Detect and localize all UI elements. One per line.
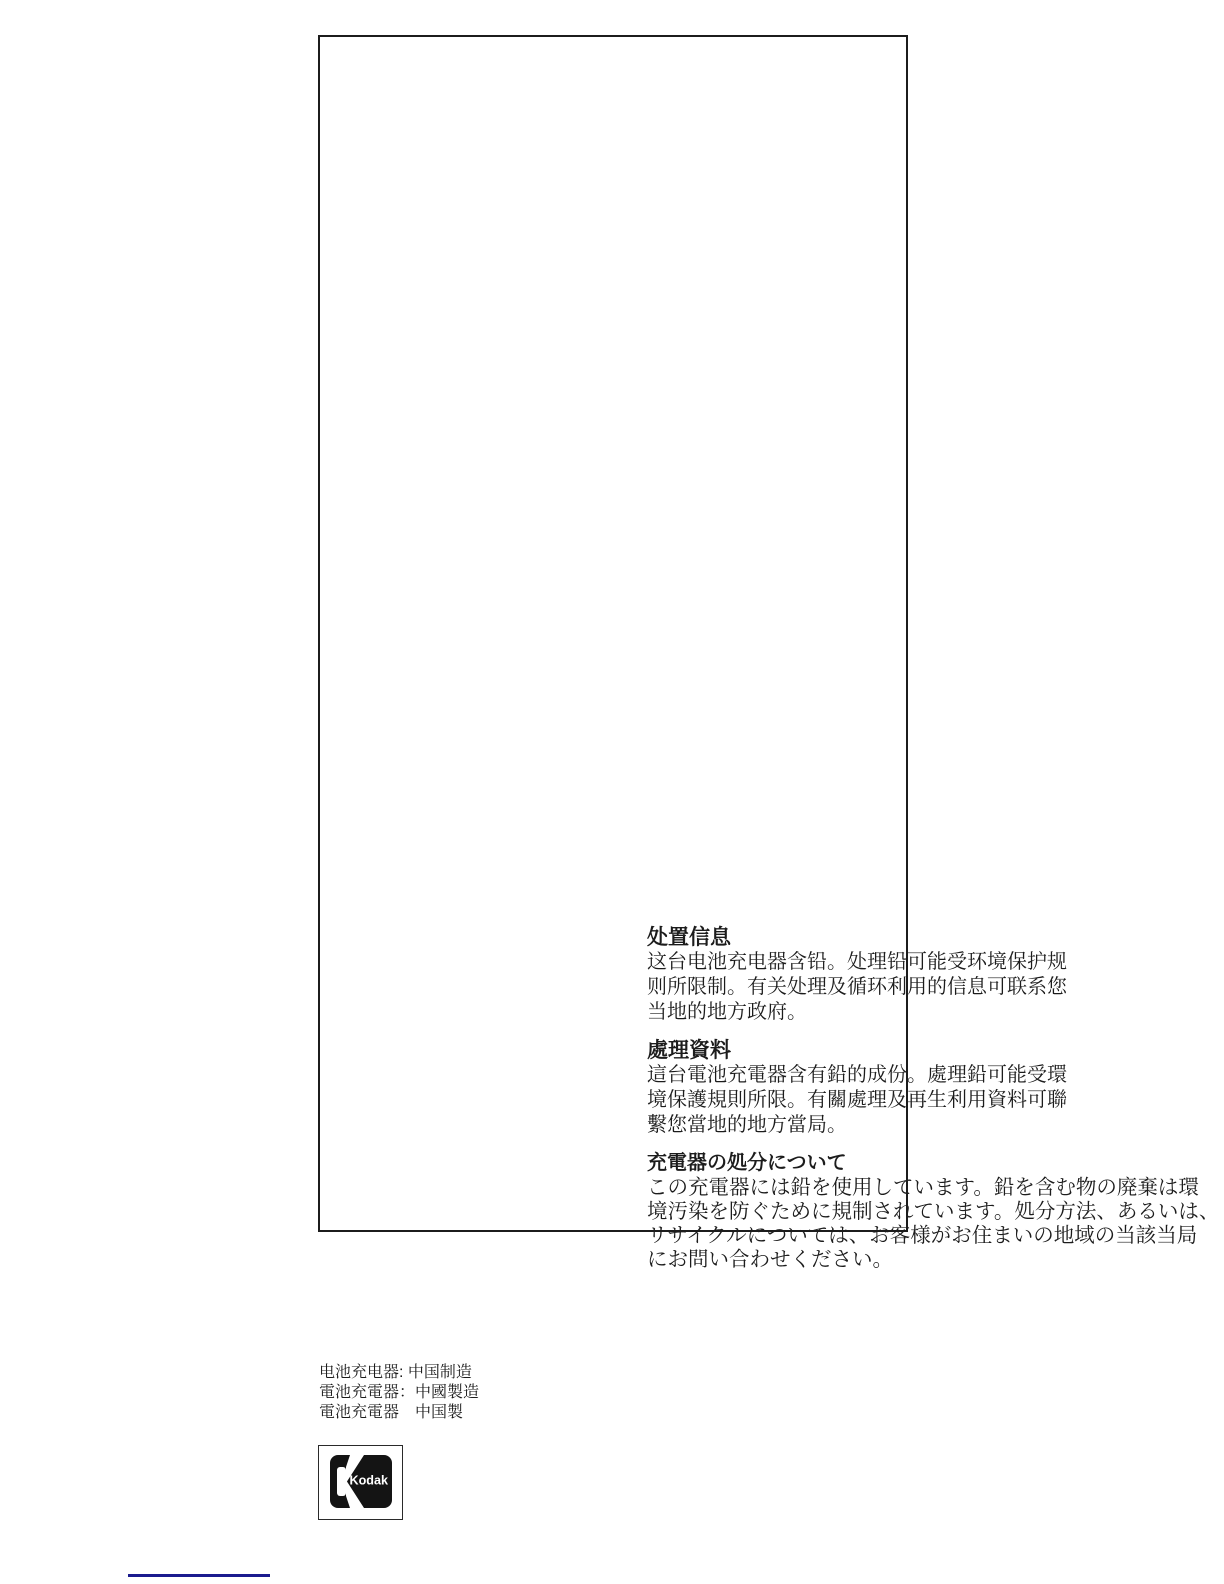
footer-accent-line (128, 1574, 270, 1577)
made-in-line-zh-traditional: 電池充電器：中國製造 (319, 1383, 479, 1403)
disposal-sections: 处置信息 这台电池充电器含铅。处理铅可能受环境保护规 则所限制。有关处理及循环利… (647, 925, 1224, 1272)
section-disposal-zh-traditional: 處理資料 這台電池充電器含有鉛的成份。處理鉛可能受環 境保護規則所限。有關處理及… (647, 1038, 1224, 1138)
section-body: 這台電池充電器含有鉛的成份。處理鉛可能受環 境保護規則所限。有關處理及再生利用資… (647, 1063, 1224, 1138)
section-disposal-ja: 充電器の処分について この充電器には鉛を使用しています。鉛を含む物の廃棄は環 境… (647, 1151, 1224, 1272)
section-body: 这台电池充电器含铅。处理铅可能受环境保护规 则所限制。有关处理及循环利用的信息可… (647, 950, 1224, 1025)
made-in-lines: 电池充电器: 中国制造 電池充電器：中國製造 電池充電器 中国製 (319, 1363, 479, 1423)
kodak-wordmark: Kodak (350, 1474, 389, 1488)
made-in-line-zh-simplified: 电池充电器: 中国制造 (319, 1363, 479, 1383)
kodak-logo-frame: Kodak (318, 1445, 403, 1520)
section-heading: 充電器の処分について (647, 1151, 1224, 1176)
section-heading: 處理資料 (647, 1038, 1224, 1063)
section-heading: 处置信息 (647, 925, 1224, 950)
section-disposal-zh-simplified: 处置信息 这台电池充电器含铅。处理铅可能受环境保护规 则所限制。有关处理及循环利… (647, 925, 1224, 1025)
section-body: この充電器には鉛を使用しています。鉛を含む物の廃棄は環 境汚染を防ぐために規制さ… (647, 1176, 1224, 1272)
kodak-logo: Kodak (330, 1455, 392, 1508)
disposal-info-box: 处置信息 这台电池充电器含铅。处理铅可能受环境保护规 则所限制。有关处理及循环利… (318, 35, 908, 1232)
manual-back-page: 处置信息 这台电池充电器含铅。处理铅可能受环境保护规 则所限制。有关处理及循环利… (0, 0, 1224, 1584)
made-in-line-ja: 電池充電器 中国製 (319, 1403, 479, 1423)
